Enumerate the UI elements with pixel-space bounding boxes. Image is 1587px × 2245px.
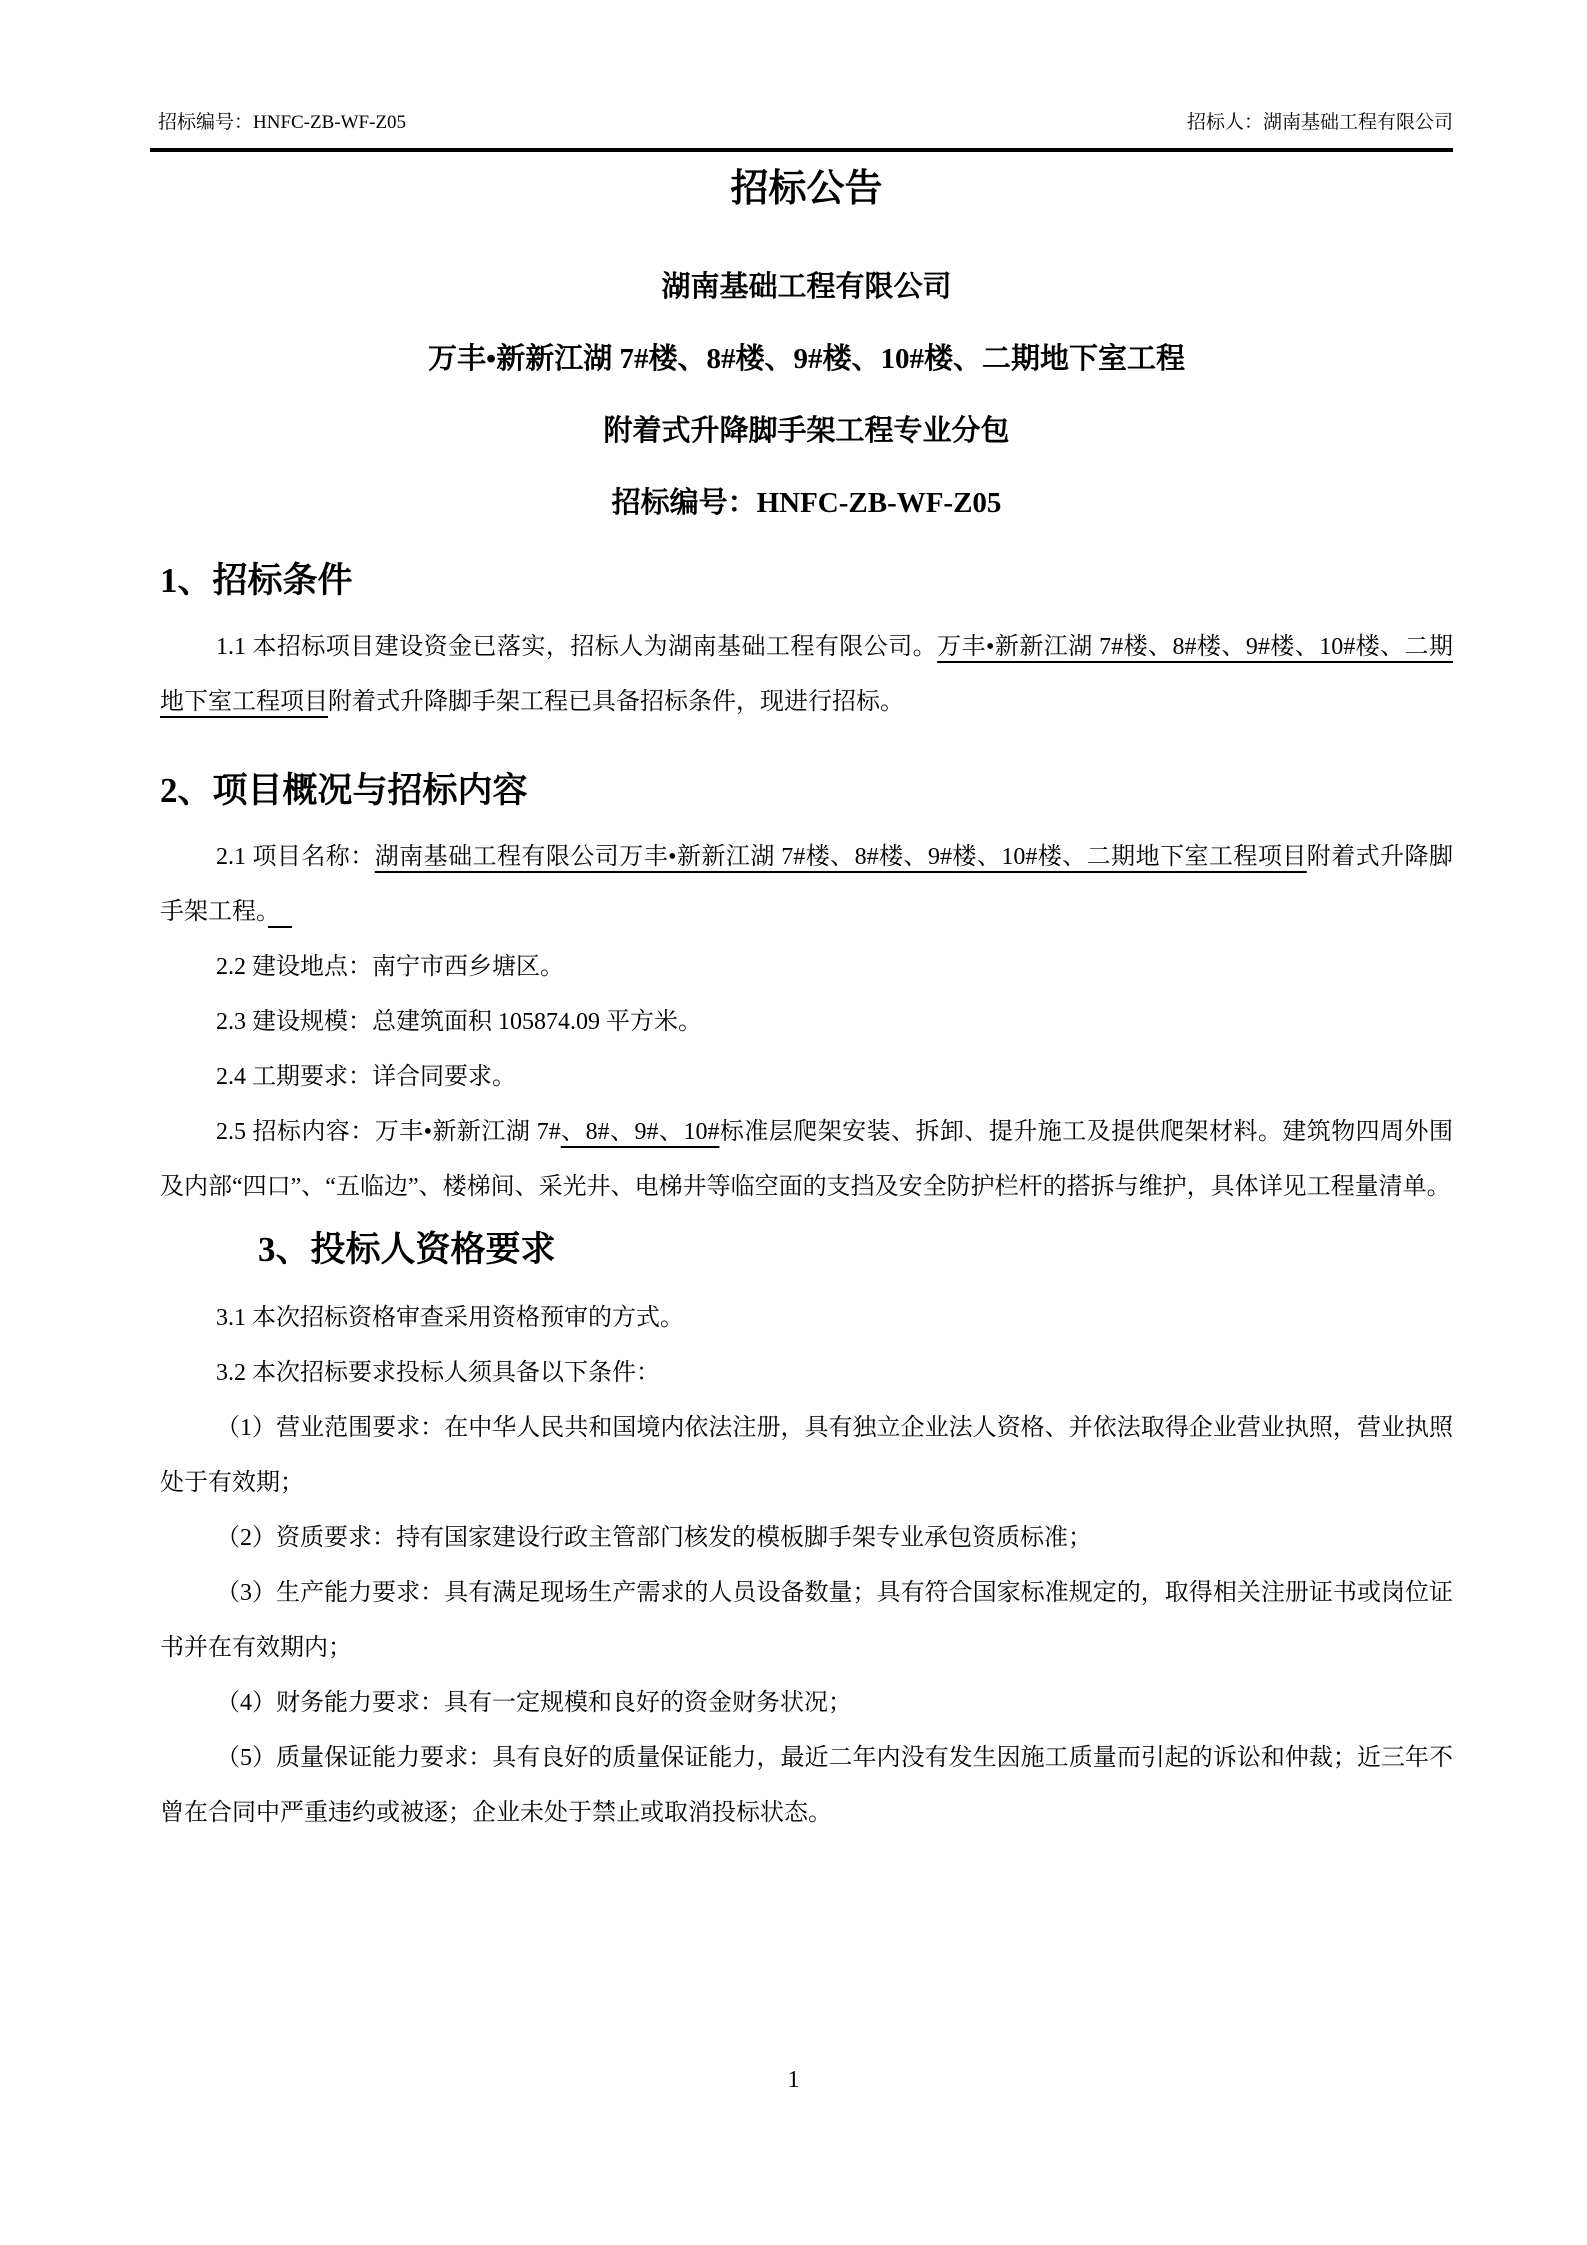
underlined-text: [268, 899, 292, 925]
text-segment: （1）营业范围要求：在中华人民共和国境内依法注册，具有独立企业法人资格、并依法取…: [160, 1415, 1453, 1496]
text-segment: 2.4 工期要求：详合同要求。: [216, 1064, 516, 1090]
document-subtitle: 湖南基础工程有限公司: [160, 270, 1453, 304]
document-body: 招标公告 湖南基础工程有限公司万丰•新新江湖 7#楼、8#楼、9#楼、10#楼、…: [160, 150, 1453, 1841]
paragraph: 3.1 本次招标资格审查采用资格预审的方式。: [160, 1291, 1453, 1346]
underlined-text: 湖南基础工程有限公司万丰•新新江湖 7#楼、8#楼、9#楼、10#楼、二期地下室…: [375, 844, 1307, 870]
heading-section-3: 3、投标人资格要求: [160, 1227, 1453, 1273]
paragraph: 2.1 项目名称：湖南基础工程有限公司万丰•新新江湖 7#楼、8#楼、9#楼、1…: [160, 830, 1453, 940]
text-segment: 1.1 本招标项目建设资金已落实，招标人为湖南基础工程有限公司。: [216, 634, 937, 660]
page-header: 招标编号：HNFC-ZB-WF-Z05 招标人：湖南基础工程有限公司: [158, 110, 1453, 136]
text-segment: （2）资质要求：持有国家建设行政主管部门核发的模板脚手架专业承包资质标准；: [216, 1525, 1092, 1551]
text-segment: 3.1 本次招标资格审查采用资格预审的方式。: [216, 1305, 684, 1331]
paragraph: 2.4 工期要求：详合同要求。: [160, 1050, 1453, 1105]
text-segment: 附着式升降脚手架工程已具备招标条件，现进行招标。: [328, 689, 904, 715]
document-title: 招标公告: [160, 166, 1453, 212]
paragraph: （5）质量保证能力要求：具有良好的质量保证能力，最近二年内没有发生因施工质量而引…: [160, 1731, 1453, 1841]
header-tender-number: 招标编号：HNFC-ZB-WF-Z05: [158, 110, 406, 136]
paragraph: （1）营业范围要求：在中华人民共和国境内依法注册，具有独立企业法人资格、并依法取…: [160, 1401, 1453, 1511]
text-segment: （5）质量保证能力要求：具有良好的质量保证能力，最近二年内没有发生因施工质量而引…: [160, 1745, 1453, 1826]
paragraph: （4）财务能力要求：具有一定规模和良好的资金财务状况；: [160, 1676, 1453, 1731]
document-subtitle: 附着式升降脚手架工程专业分包: [160, 414, 1453, 448]
heading-section-1: 1、招标条件: [160, 558, 1453, 604]
paragraph: （2）资质要求：持有国家建设行政主管部门核发的模板脚手架专业承包资质标准；: [160, 1511, 1453, 1566]
header-tenderer: 招标人：湖南基础工程有限公司: [1187, 110, 1453, 136]
text-segment: 2.5 招标内容：万丰•新新江湖 7#: [216, 1119, 561, 1145]
text-segment: 2.3 建设规模：总建筑面积 105874.09 平方米。: [216, 1009, 702, 1035]
paragraph: 2.2 建设地点：南宁市西乡塘区。: [160, 940, 1453, 995]
document-subtitle: 万丰•新新江湖 7#楼、8#楼、9#楼、10#楼、二期地下室工程: [160, 342, 1453, 376]
paragraph: （3）生产能力要求：具有满足现场生产需求的人员设备数量；具有符合国家标准规定的，…: [160, 1566, 1453, 1676]
paragraph: 3.2 本次招标要求投标人须具备以下条件：: [160, 1346, 1453, 1401]
text-segment: 3.2 本次招标要求投标人须具备以下条件：: [216, 1360, 660, 1386]
document-page: 招标编号：HNFC-ZB-WF-Z05 招标人：湖南基础工程有限公司 招标公告 …: [0, 0, 1587, 2245]
text-segment: （4）财务能力要求：具有一定规模和良好的资金财务状况；: [216, 1690, 852, 1716]
document-subtitle: 招标编号：HNFC-ZB-WF-Z05: [160, 486, 1453, 520]
heading-section-2: 2、项目概况与招标内容: [160, 768, 1453, 814]
page-number: 1: [0, 2062, 1587, 2098]
text-segment: 2.2 建设地点：南宁市西乡塘区。: [216, 954, 564, 980]
paragraph: 2.5 招标内容：万丰•新新江湖 7#、8#、9#、10#标准层爬架安装、拆卸、…: [160, 1105, 1453, 1215]
paragraph: 2.3 建设规模：总建筑面积 105874.09 平方米。: [160, 995, 1453, 1050]
underlined-text: 、8#、9#、10#: [561, 1119, 720, 1145]
text-segment: 2.1 项目名称：: [216, 844, 375, 870]
text-segment: （3）生产能力要求：具有满足现场生产需求的人员设备数量；具有符合国家标准规定的，…: [160, 1580, 1453, 1661]
paragraph: 1.1 本招标项目建设资金已落实，招标人为湖南基础工程有限公司。万丰•新新江湖 …: [160, 620, 1453, 730]
